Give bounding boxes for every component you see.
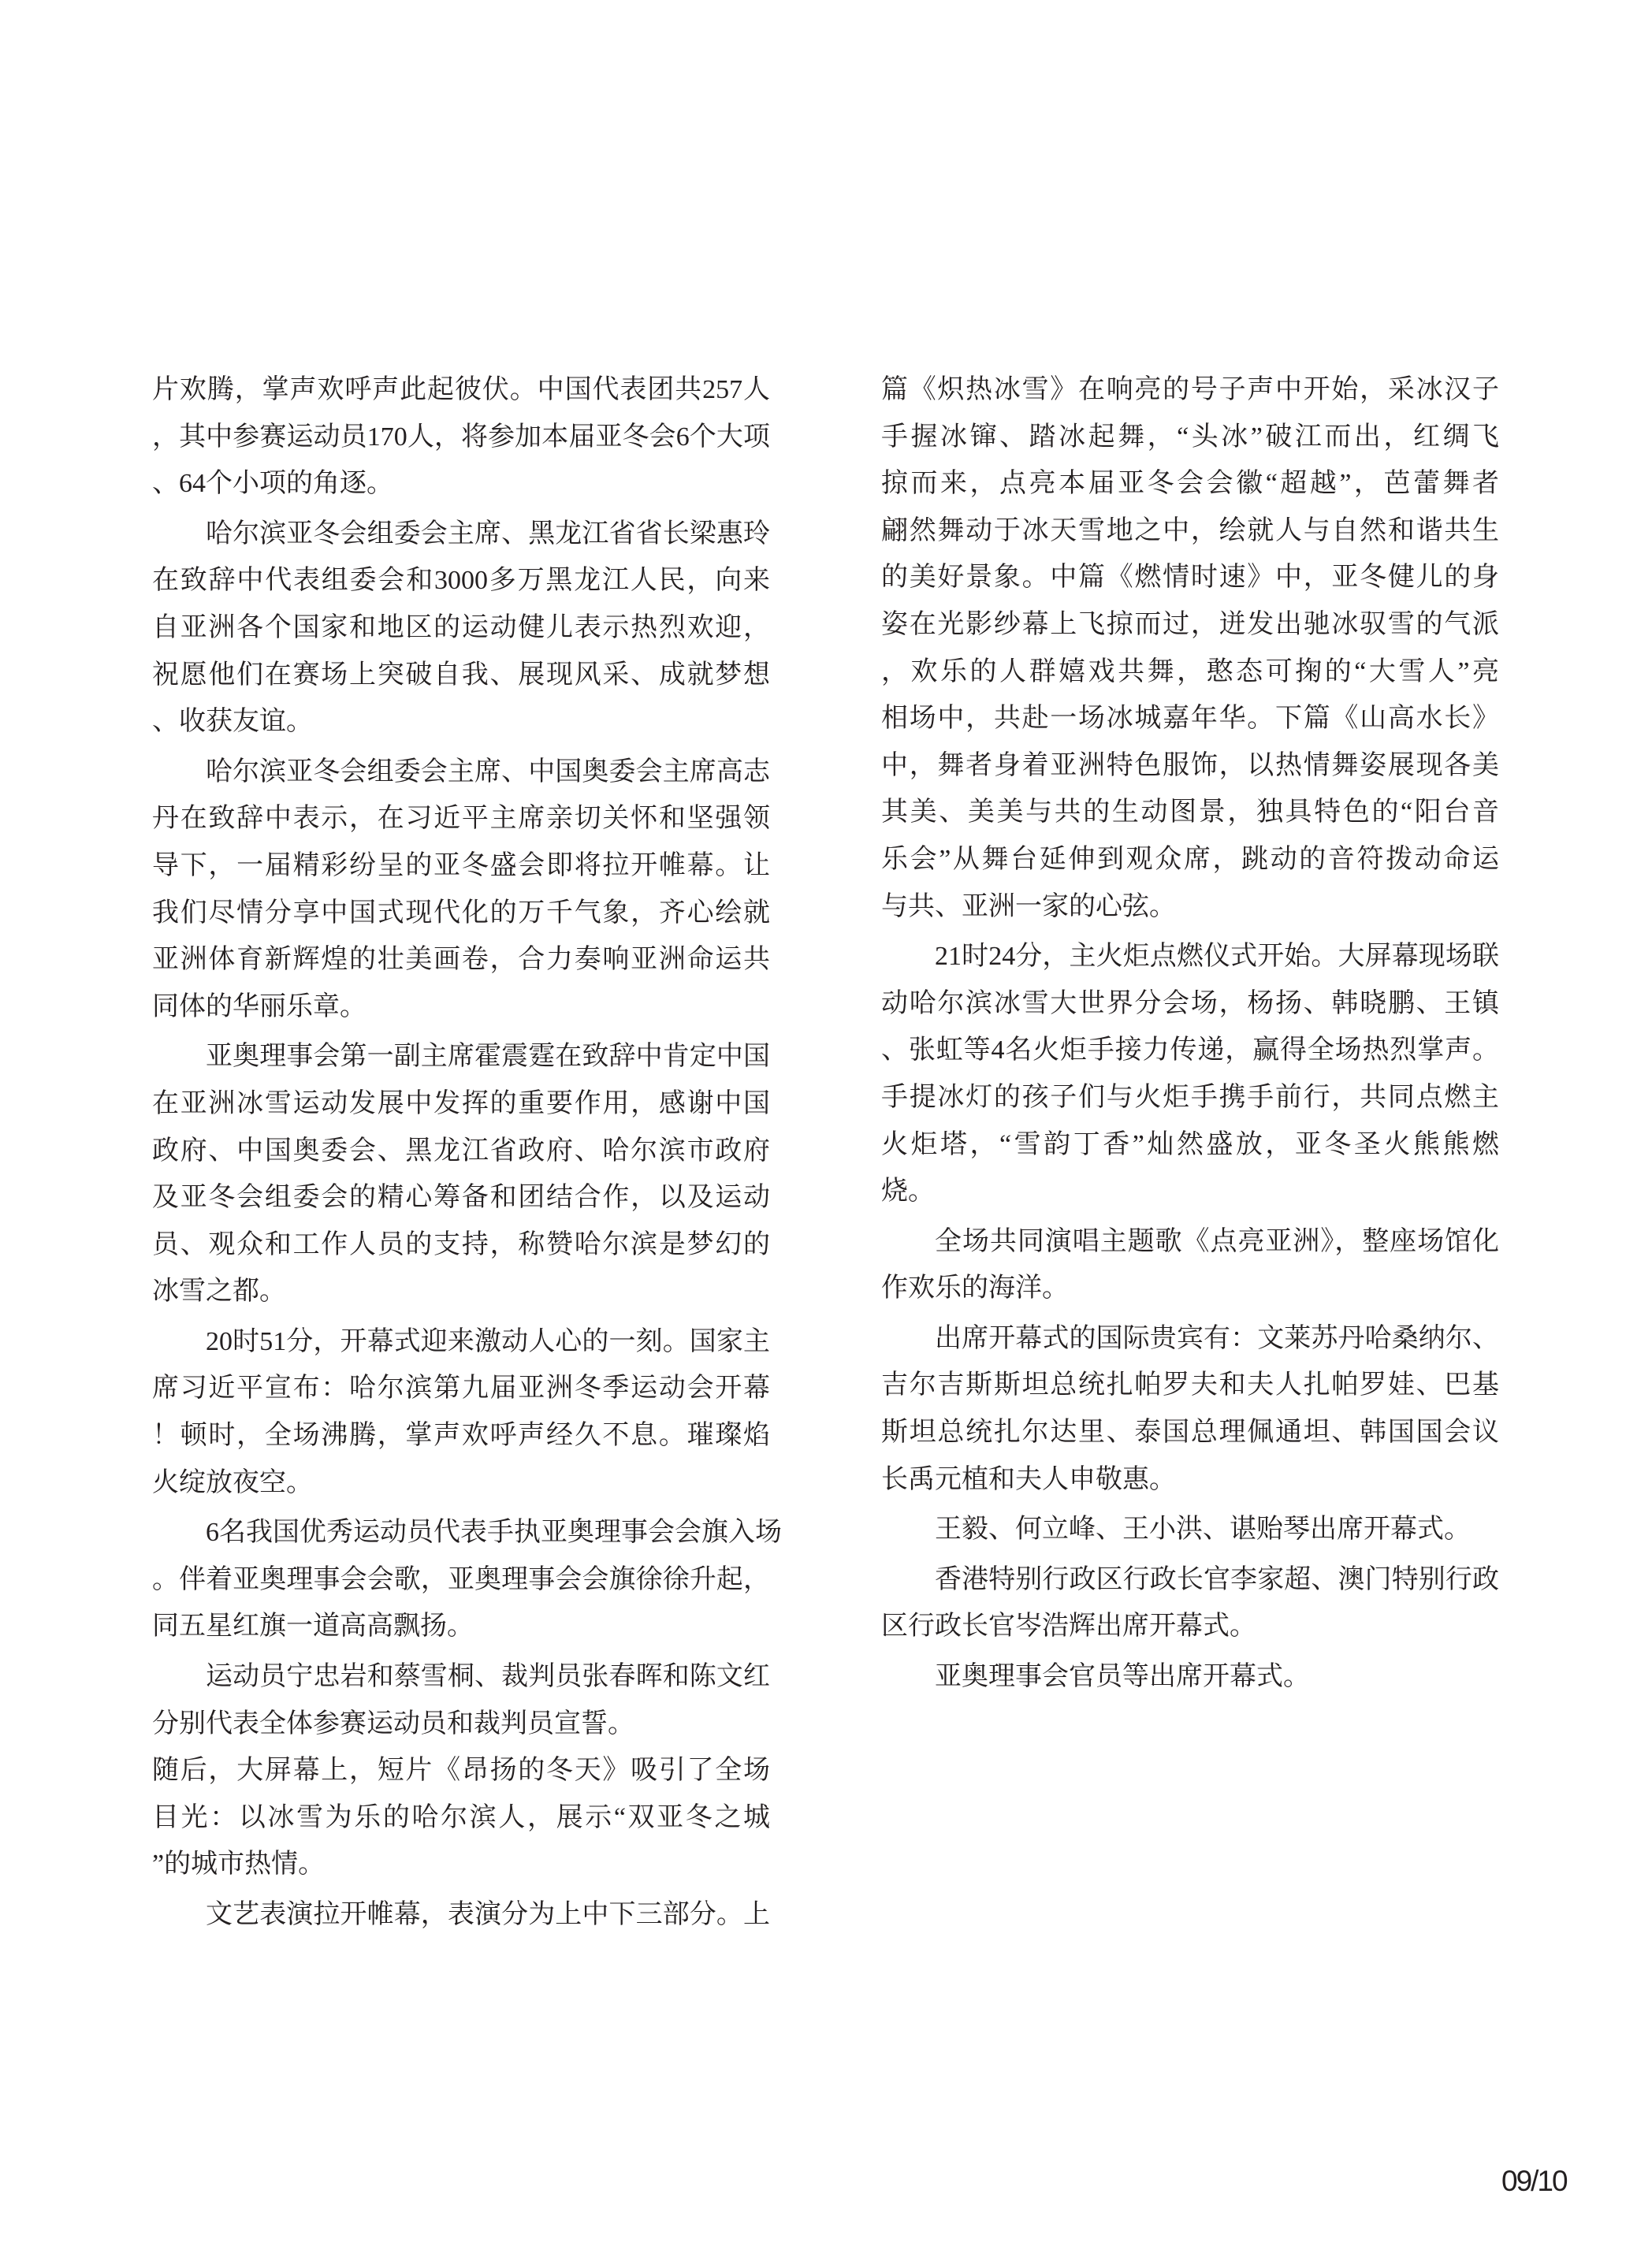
text-line: 亚洲体育新辉煌的壮美画卷，合力奏响亚洲命运共 — [152, 936, 770, 983]
text-line: 火炬塔，“雪韵丁香”灿然盛放，亚冬圣火熊熊燃 — [881, 1121, 1499, 1169]
text-line: 乐会”从舞台延伸到观众席，跳动的音符拨动命运 — [881, 836, 1499, 883]
text-line: 动哈尔滨冰雪大世界分会场，杨扬、韩晓鹏、王镇 — [881, 980, 1499, 1028]
text-line: 哈尔滨亚冬会组委会主席、中国奥委会主席高志 — [152, 749, 770, 796]
text-line: 斯坦总统扎尔达里、泰国总理佩通坦、韩国国会议 — [881, 1409, 1499, 1456]
text-line: 吉尔吉斯斯坦总统扎帕罗夫和夫人扎帕罗娃、巴基 — [881, 1362, 1499, 1409]
text-line: 作欢乐的海洋。 — [881, 1265, 1499, 1312]
text-line: 烧。 — [881, 1168, 1499, 1215]
text-line: 篇《炽热冰雪》在响亮的号子声中开始，采冰汉子 — [881, 366, 1499, 414]
text-line: 在致辞中代表组委会和3000多万黑龙江人民，向来 — [152, 557, 770, 604]
text-line: 20时51分，开幕式迎来激动人心的一刻。国家主 — [152, 1318, 770, 1366]
text-line: ！顿时，全场沸腾，掌声欢呼声经久不息。璀璨焰 — [152, 1412, 770, 1459]
text-line: 手握冰镩、踏冰起舞，“头冰”破江而出，红绸飞 — [881, 414, 1499, 461]
text-line: 冰雪之都。 — [152, 1268, 770, 1315]
text-line: 政府、中国奥委会、黑龙江省政府、哈尔滨市政府 — [152, 1128, 770, 1175]
text-line: 、64个小项的角逐。 — [152, 460, 770, 508]
paragraph: 21时24分，主火炬点燃仪式开始。大屏幕现场联 动哈尔滨冰雪大世界分会场，杨扬、… — [881, 933, 1499, 1215]
right-column: 篇《炽热冰雪》在响亮的号子声中开始，采冰汉子 手握冰镩、踏冰起舞，“头冰”破江而… — [881, 366, 1499, 1701]
text-line: 随后，大屏幕上，短片《昂扬的冬天》吸引了全场 — [152, 1747, 770, 1794]
text-line: 目光：以冰雪为乐的哈尔滨人，展示“双亚冬之城 — [152, 1794, 770, 1842]
text-line: 我们尽情分享中国式现代化的万千气象，齐心绘就 — [152, 890, 770, 937]
text-line: 运动员宁忠岩和蔡雪桐、裁判员张春晖和陈文红 — [152, 1653, 770, 1701]
text-line: 翩然舞动于冰天雪地之中，绘就人与自然和谐共生 — [881, 508, 1499, 555]
paragraph: 亚奥理事会官员等出席开幕式。 — [881, 1653, 1499, 1701]
text-line: 片欢腾，掌声欢呼声此起彼伏。中国代表团共257人 — [152, 366, 770, 414]
paragraph: 随后，大屏幕上，短片《昂扬的冬天》吸引了全场 目光：以冰雪为乐的哈尔滨人，展示“… — [152, 1747, 770, 1888]
text-line: ”的城市热情。 — [152, 1841, 770, 1888]
text-line: 香港特别行政区行政长官李家超、澳门特别行政 — [881, 1556, 1499, 1604]
text-line: 王毅、何立峰、王小洪、谌贻琴出席开幕式。 — [881, 1506, 1499, 1553]
text-line: 6名我国优秀运动员代表手执亚奥理事会会旗入场 — [152, 1509, 770, 1556]
paragraph: 香港特别行政区行政长官李家超、澳门特别行政 区行政长官岑浩辉出席开幕式。 — [881, 1556, 1499, 1650]
text-line: 火绽放夜空。 — [152, 1459, 770, 1507]
text-line: 长禹元植和夫人申敬惠。 — [881, 1456, 1499, 1504]
text-line: 区行政长官岑浩辉出席开幕式。 — [881, 1603, 1499, 1650]
paragraph: 篇《炽热冰雪》在响亮的号子声中开始，采冰汉子 手握冰镩、踏冰起舞，“头冰”破江而… — [881, 366, 1499, 930]
paragraph: 亚奥理事会第一副主席霍震霆在致辞中肯定中国 在亚洲冰雪运动发展中发挥的重要作用，… — [152, 1033, 770, 1315]
paragraph: 王毅、何立峰、王小洪、谌贻琴出席开幕式。 — [881, 1506, 1499, 1553]
text-line: 相场中，共赴一场冰城嘉年华。下篇《山高水长》 — [881, 695, 1499, 742]
text-line: 的美好景象。中篇《燃情时速》中，亚冬健儿的身 — [881, 554, 1499, 601]
text-line: 姿在光影纱幕上飞掠而过，迸发出驰冰驭雪的气派 — [881, 601, 1499, 649]
text-line: 同体的华丽乐章。 — [152, 983, 770, 1031]
text-line: 文艺表演拉开帷幕，表演分为上中下三部分。上 — [152, 1891, 770, 1939]
text-line: 在亚洲冰雪运动发展中发挥的重要作用，感谢中国 — [152, 1080, 770, 1128]
paragraph: 运动员宁忠岩和蔡雪桐、裁判员张春晖和陈文红 分别代表全体参赛运动员和裁判员宣誓。 — [152, 1653, 770, 1747]
paragraph: 20时51分，开幕式迎来激动人心的一刻。国家主 席习近平宣布：哈尔滨第九届亚洲冬… — [152, 1318, 770, 1506]
text-line: 亚奥理事会官员等出席开幕式。 — [881, 1653, 1499, 1701]
text-line: 丹在致辞中表示，在习近平主席亲切关怀和坚强领 — [152, 795, 770, 842]
text-line: ，其中参赛运动员170人，将参加本届亚冬会6个大项 — [152, 414, 770, 461]
text-line: 自亚洲各个国家和地区的运动健儿表示热烈欢迎， — [152, 604, 770, 652]
paragraph: 片欢腾，掌声欢呼声此起彼伏。中国代表团共257人 ，其中参赛运动员170人，将参… — [152, 366, 770, 508]
text-line: 其美、美美与共的生动图景，独具特色的“阳台音 — [881, 789, 1499, 836]
text-line: 祝愿他们在赛场上突破自我、展现风采、成就梦想 — [152, 652, 770, 699]
paragraph: 6名我国优秀运动员代表手执亚奥理事会会旗入场 。伴着亚奥理事会会歌，亚奥理事会会… — [152, 1509, 770, 1650]
text-line: 出席开幕式的国际贵宾有：文莱苏丹哈桑纳尔、 — [881, 1315, 1499, 1363]
text-line: 中，舞者身着亚洲特色服饰，以热情舞姿展现各美 — [881, 742, 1499, 790]
text-line: 掠而来，点亮本届亚冬会会徽“超越”，芭蕾舞者 — [881, 460, 1499, 508]
text-line: 席习近平宣布：哈尔滨第九届亚洲冬季运动会开幕 — [152, 1365, 770, 1412]
text-line: 与共、亚洲一家的心弦。 — [881, 883, 1499, 931]
text-line: 。伴着亚奥理事会会歌，亚奥理事会会旗徐徐升起， — [152, 1556, 770, 1604]
text-line: 手提冰灯的孩子们与火炬手携手前行，共同点燃主 — [881, 1074, 1499, 1121]
document-page: 片欢腾，掌声欢呼声此起彼伏。中国代表团共257人 ，其中参赛运动员170人，将参… — [0, 0, 1652, 2257]
left-column: 片欢腾，掌声欢呼声此起彼伏。中国代表团共257人 ，其中参赛运动员170人，将参… — [152, 366, 770, 1939]
text-line: 、张虹等4名火炬手接力传递，赢得全场热烈掌声。 — [881, 1027, 1499, 1074]
text-line: 全场共同演唱主题歌《点亮亚洲》，整座场馆化 — [881, 1218, 1499, 1266]
paragraph: 全场共同演唱主题歌《点亮亚洲》，整座场馆化 作欢乐的海洋。 — [881, 1218, 1499, 1312]
paragraph: 哈尔滨亚冬会组委会主席、中国奥委会主席高志 丹在致辞中表示，在习近平主席亲切关怀… — [152, 749, 770, 1031]
text-line: 、收获友谊。 — [152, 698, 770, 746]
text-line: 亚奥理事会第一副主席霍震霆在致辞中肯定中国 — [152, 1033, 770, 1080]
paragraph: 出席开幕式的国际贵宾有：文莱苏丹哈桑纳尔、 吉尔吉斯斯坦总统扎帕罗夫和夫人扎帕罗… — [881, 1315, 1499, 1503]
paragraph: 文艺表演拉开帷幕，表演分为上中下三部分。上 — [152, 1891, 770, 1939]
text-line: 同五星红旗一道高高飘扬。 — [152, 1603, 770, 1650]
text-line: ，欢乐的人群嬉戏共舞，憨态可掬的“大雪人”亮 — [881, 649, 1499, 696]
page-number: 09/10 — [1501, 2166, 1567, 2196]
text-line: 及亚冬会组委会的精心筹备和团结合作，以及运动 — [152, 1174, 770, 1221]
text-line: 导下，一届精彩纷呈的亚冬盛会即将拉开帷幕。让 — [152, 842, 770, 890]
paragraph: 哈尔滨亚冬会组委会主席、黑龙江省省长梁惠玲 在致辞中代表组委会和3000多万黑龙… — [152, 511, 770, 746]
text-line: 21时24分，主火炬点燃仪式开始。大屏幕现场联 — [881, 933, 1499, 980]
text-line: 分别代表全体参赛运动员和裁判员宣誓。 — [152, 1701, 770, 1748]
text-line: 哈尔滨亚冬会组委会主席、黑龙江省省长梁惠玲 — [152, 511, 770, 558]
text-line: 员、观众和工作人员的支持，称赞哈尔滨是梦幻的 — [152, 1221, 770, 1269]
